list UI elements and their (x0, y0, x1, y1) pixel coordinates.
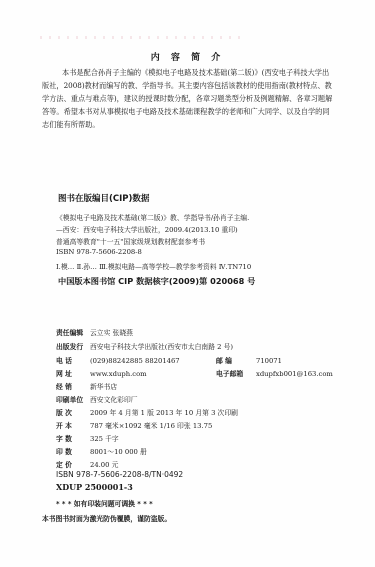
label: 印刷单位 (56, 394, 90, 404)
cip-line-classification: Ⅰ.模… Ⅱ.孙… Ⅲ.模拟电路—高等学校—教学参考资料 Ⅳ.TN710 (56, 261, 251, 271)
label: 出版发行 (56, 341, 90, 351)
value: 云立实 张晓燕 (90, 329, 133, 337)
imprint-price: 定 价24.00 元 (56, 459, 118, 469)
value: 新华书店 (90, 383, 117, 391)
label: 字 数 (56, 433, 90, 443)
imprint-distributor: 经 销新华书店 (56, 381, 117, 391)
imprint-printer: 印刷单位西安文化彩印厂 (56, 394, 138, 404)
label: 经 销 (56, 381, 90, 391)
imprint-isbn-full: ISBN 978-7-5606-2208-8/TN·0492 (56, 470, 183, 479)
cip-line-title: 《模拟电子电路及技术基础(第二版)》教、学指导书/孙肖子主编. (56, 212, 249, 222)
label: 邮 编 (216, 355, 256, 365)
label: 版 次 (56, 407, 90, 417)
footer-code: XDUP 2500001-3 (56, 482, 133, 492)
imprint-editor: 责任编辑云立实 张晓燕 (56, 327, 133, 337)
label: 网 址 (56, 368, 90, 378)
value: (029)88242885 88201467 (90, 357, 180, 365)
value: 8001～10 000 册 (90, 448, 147, 456)
imprint-postcode: 邮 编710071 (216, 355, 282, 365)
label: 定 价 (56, 459, 90, 469)
value: xdupfxb001@163.com (256, 370, 333, 378)
scan-artifact (40, 36, 240, 39)
value: 西安电子科技大学出版社(西安市太白南路 2 号) (90, 343, 233, 351)
summary-paragraph: 本书是配合孙肖子主编的《模拟电子电路及技术基础(第二版)》(西安电子科技大学出版… (42, 66, 334, 131)
label: 印 数 (56, 446, 90, 456)
label: 电 话 (56, 355, 90, 365)
imprint-print-run: 印 数8001～10 000 册 (56, 446, 147, 456)
summary-text: 本书是配合孙肖子主编的《模拟电子电路及技术基础(第二版)》(西安电子科技大学出版… (42, 66, 334, 131)
footer-replace-note: * * * 如有印装问题可调换 * * * (56, 498, 153, 508)
imprint-publisher: 出版发行西安电子科技大学出版社(西安市太白南路 2 号) (56, 341, 233, 351)
cip-catalog-number: 中国版本图书馆 CIP 数据核字(2009)第 020068 号 (58, 276, 255, 287)
value: 710071 (256, 357, 282, 365)
value: 325 千字 (90, 435, 119, 443)
footer-anti-piracy: 本书图书封面为激光防伪覆膜，谨防盗版。 (42, 513, 171, 523)
cip-line-series: 普通高等教育"十一五"国家级规划教材配套参考书 (56, 236, 205, 246)
cip-heading: 图书在版编目(CIP)数据 (58, 192, 149, 204)
imprint-edition: 版 次2009 年 4 月第 1 版 2013 年 10 月第 3 次印刷 (56, 407, 238, 417)
value: 24.00 元 (90, 461, 118, 469)
summary-title: 内 容 简 介 (0, 50, 375, 63)
cip-line-isbn: ISBN 978-7-5606-2208-8 (56, 248, 142, 256)
imprint-website: 网 址www.xduph.com 电子邮箱xdupfxb001@163.com (56, 368, 346, 378)
imprint-phone: 电 话(029)88242885 88201467 邮 编710071 (56, 355, 346, 365)
value: 787 毫米×1092 毫米 1/16 印张 13.75 (90, 422, 212, 430)
value: www.xduph.com (90, 370, 147, 378)
imprint-format: 开 本787 毫米×1092 毫米 1/16 印张 13.75 (56, 420, 212, 430)
label: 责任编辑 (56, 327, 90, 337)
value: 2009 年 4 月第 1 版 2013 年 10 月第 3 次印刷 (90, 409, 238, 417)
imprint-word-count: 字 数325 千字 (56, 433, 119, 443)
imprint-email: 电子邮箱xdupfxb001@163.com (216, 368, 333, 378)
label: 开 本 (56, 420, 90, 430)
value: 西安文化彩印厂 (90, 396, 138, 404)
cip-line-publisher: —西安：西安电子科技大学出版社，2009.4(2013.10 重印) (56, 224, 238, 234)
label: 电子邮箱 (216, 368, 256, 378)
